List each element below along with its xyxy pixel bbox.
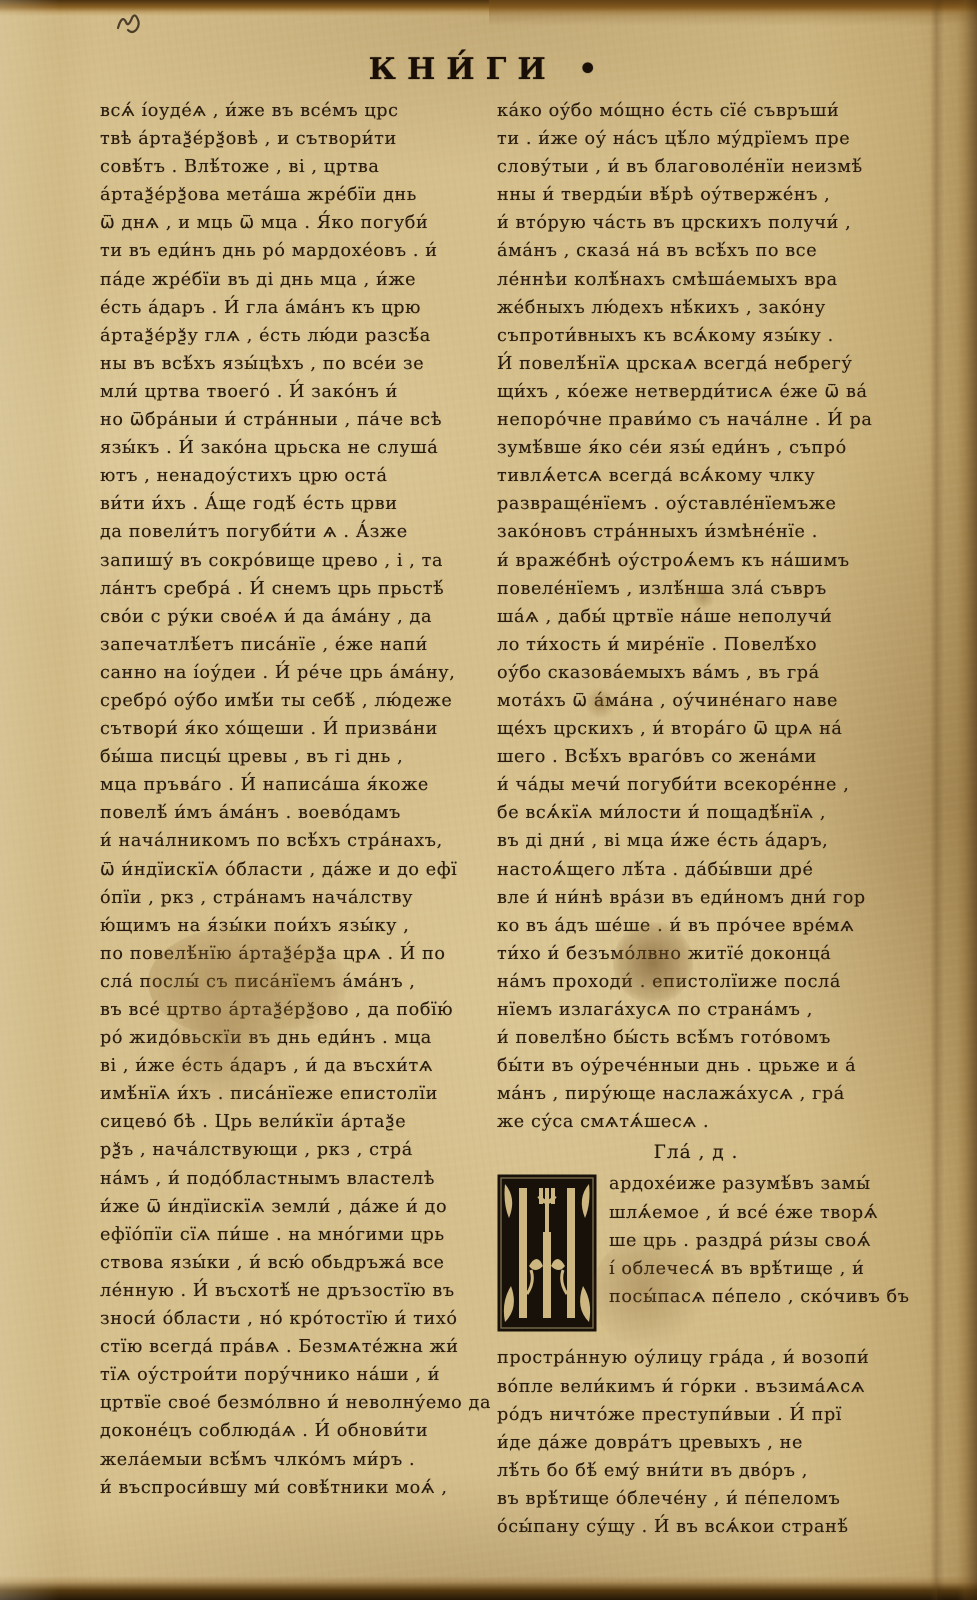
text-line: зноси́ о́бласти , но́ кро́тостїю и́ тихо… (100, 1305, 498, 1333)
text-line: ютъ , ненадоу́стихъ црю оста́ (100, 462, 498, 490)
text-line: рѯъ , нача́лствующи , ркз , стра́ (100, 1136, 498, 1164)
text-line: ю́щимъ на я́зы́ки пои́хъ язы́ку , (100, 912, 498, 940)
text-line: и́ въспроси́вшу ми́ совѣ́тники моѧ́ , (100, 1474, 498, 1502)
right-column: ка́ко оу́бо мо́щно е́сть сїе́ съвръши́ти… (497, 97, 895, 1541)
text-line: шего . Всѣ́хъ враго́въ со жена́ми (497, 743, 895, 771)
text-line: ти въ еди́нъ днь ро́ мардохе́овъ . и́ (100, 237, 498, 265)
text-line: въ врѣ́тище о́блече́ну , и́ пе́пеломъ (497, 1485, 895, 1513)
text-line: ле́нную . И́ въсхотѣ́ не дръзостїю въ (100, 1277, 498, 1305)
text-line: настоѧ́щего лѣ́та . да́бы́вши дре́ (497, 856, 895, 884)
page-crease (930, 0, 944, 1600)
text-line: развраще́нїемъ . оу́ставле́нїемъже (497, 490, 895, 518)
text-line: повеле́нїемъ , излѣ́нша зла́ съвръ (497, 575, 895, 603)
text-line: ардохе́иже разумѣ́въ замы́ (609, 1170, 895, 1198)
text-line: да повели́тъ погуби́ти ѧ . А́зже (100, 518, 498, 546)
text-line: простра́нную оу́лицу гра́да , и́ возопи́ (497, 1344, 895, 1372)
chapter-3-end: ка́ко оу́бо мо́щно е́сть сїе́ съвръши́ти… (497, 97, 895, 1136)
text-line: ка́ко оу́бо мо́щно е́сть сїе́ съвръши́ (497, 97, 895, 125)
text-line: бы́ша писцы́ цревы , въ гі днь , (100, 743, 498, 771)
text-line: повелѣ́ и́мъ а́ма́нъ . воево́дамъ (100, 799, 498, 827)
text-line: и́ враже́бнѣ оу́строѧ́емъ къ на́шимъ (497, 547, 895, 575)
text-line: ны въ всѣ́хъ язы́цѣхъ , по все́и зе (100, 350, 498, 378)
text-line: а́ртаѯе́рѯу глѧ , е́сть лю́ди разсѣ́а (100, 322, 498, 350)
text-line: и́ нача́лникомъ по всѣ́хъ стра́нахъ, (100, 827, 498, 855)
text-line: сътвори́ я́ко хо́щеши . И́ призва́ни (100, 715, 498, 743)
text-line: же су́са смѧтѧ́шесѧ . (497, 1108, 895, 1136)
text-line: тивлѧ́етсѧ всегда́ всѧ́кому члку (497, 462, 895, 490)
text-line: доконе́цъ соблюда́ѧ . И́ обнови́ти (100, 1417, 498, 1445)
text-line: нны и́ тверды́и вѣ́рѣ оу́тверже́нъ , (497, 181, 895, 209)
chapter-4-continuation: простра́нную оу́лицу гра́да , и́ возопи́… (497, 1344, 895, 1541)
text-line: сво́и с ру́ки свое́ѧ и́ да а́ма́ну , да (100, 603, 498, 631)
text-line: жела́емыи всѣ́мъ члко́мъ ми́ръ . (100, 1446, 498, 1474)
chapter-4-opening: ардохе́иже разумѣ́въ замы́шлѧ́емое , и́ … (497, 1170, 895, 1332)
text-line: ві , и́же е́сть а́даръ , и́ да въсхи́тѧ (100, 1052, 498, 1080)
text-line: санно на і́оу́деи . И́ ре́че црь а́ма́ну… (100, 659, 498, 687)
text-line: непоро́чне прави́мо съ нача́лне . И́ ра (497, 406, 895, 434)
running-title: КНИ́ГИ • (0, 52, 977, 87)
text-line: ствова язы́ки , и́ всю́ обьдръжа́ все (100, 1249, 498, 1277)
text-line: ви́ти и́хъ . А́ще годѣ́ е́сть црви (100, 490, 498, 518)
text-line: по повелѣ́нїю а́ртаѯе́рѯа црѧ . И́ по (100, 940, 498, 968)
text-line: И́ повелѣ́нїѧ црскаѧ всегда́ небрегу́ (497, 350, 895, 378)
text-line: въ ді дни́ , ві мца и́же е́сть а́даръ, (497, 827, 895, 855)
woodcut-initial-M (497, 1174, 597, 1332)
text-line: о́пїи , ркз , стра́намъ нача́лству (100, 884, 498, 912)
text-line: съпроти́вныхъ къ всѧ́кому язы́ку . (497, 322, 895, 350)
text-line: нїемъ излага́хусѧ по страна́мъ , (497, 996, 895, 1024)
text-line: слову́тыи , и́ въ благоволе́нїи неизмѣ́ (497, 153, 895, 181)
text-line: ко въ а́дъ ше́ше . и́ въ про́чее вре́мѧ (497, 912, 895, 940)
text-line: и́ повелѣ́но бы́сть всѣ́мъ гото́вомъ (497, 1024, 895, 1052)
text-line: ефїо́пїи сїѧ пи́ше . на мно́гими црь (100, 1221, 498, 1249)
text-line: сицево́ бѣ . Црь вели́кїи а́ртаѯе (100, 1108, 498, 1136)
text-line: вле и́ ни́нѣ вра́зи въ еди́номъ дни́ гор (497, 884, 895, 912)
text-line: ше црь . раздра́ ри́зы своѧ́ (609, 1227, 895, 1255)
text-line: запечатлѣ́етъ писа́нїе , е́же напи́ (100, 631, 498, 659)
page-left-edge (0, 0, 60, 1600)
text-line: мота́хъ ѿ а́ма́на , оу́чине́наго наве (497, 687, 895, 715)
left-column: всѧ́ і́оуде́ѧ , и́же въ все́мъ црствѣ а́… (100, 97, 498, 1502)
text-line: зумѣ́вше я́ко се́и язы́ еди́нъ , съпро́ (497, 434, 895, 462)
chapter-heading: Гла́ , д . (497, 1136, 895, 1170)
page-right-edge (957, 0, 977, 1600)
text-line: посы́пасѧ пе́пело , ско́чивъ бъ (609, 1283, 895, 1311)
text-line: лѣ́ть бо бѣ́ ему́ вни́ти въ дво́ръ , (497, 1457, 895, 1485)
text-line: и́же ѿ и́ндїискїѧ земли́ , да́же и́ до (100, 1193, 498, 1221)
text-line: бы́ти въ оу́рече́нныи днь . црьже и а́ (497, 1052, 895, 1080)
book-page: КНИ́ГИ • всѧ́ і́оуде́ѧ , и́же въ все́мъ … (0, 0, 977, 1600)
text-line: и́де да́же довра́тъ цревыхъ , не (497, 1429, 895, 1457)
text-line: ще́хъ црскихъ , и́ втора́го ѿ црѧ на́ (497, 715, 895, 743)
text-line: и́ ча́ды мечи́ погуби́ти всекоре́нне , (497, 771, 895, 799)
text-line: стїю всегда́ пра́вѧ . Безмѧте́жна жи́ (100, 1333, 498, 1361)
text-line: е́сть а́даръ . И́ гла а́ма́нъ къ црю (100, 294, 498, 322)
text-line: ма́нъ , пиру́юще наслажа́хусѧ , гра́ (497, 1080, 895, 1108)
text-line: цртвїе свое́ безмо́лвно и́ неволну́емо д… (100, 1389, 498, 1417)
text-line: ѿ и́ндїискїѧ о́бласти , да́же и до ефї (100, 856, 498, 884)
text-line: имѣ́нїѧ и́хъ . писа́нїеже епистолїи (100, 1080, 498, 1108)
text-line: ро́дъ ничто́же преступи́выи . И́ прї (497, 1401, 895, 1429)
text-line: а́ма́нъ , сказа́ на́ въ всѣ́хъ по все (497, 237, 895, 265)
text-line: совѣ́тъ . Влѣ́тоже , ві , цртва (100, 153, 498, 181)
text-line: сребро́ оу́бо имѣ́и ты себѣ́ , лю́деже (100, 687, 498, 715)
text-line: ле́ннѣи колѣ́нахъ смѣша́емыхъ вра (497, 266, 895, 294)
text-line: шлѧ́емое , и́ все́ е́же творѧ́ (609, 1199, 895, 1227)
text-line: оу́бо сказова́емыхъ ва́мъ , въ гра́ (497, 659, 895, 687)
ink-mark (112, 8, 148, 38)
text-line: щи́хъ , ко́еже нетверди́тисѧ е́же ѿ ва́ (497, 378, 895, 406)
text-line: тїѧ оу́строи́ти пору́чнико на́ши , и́ (100, 1361, 498, 1389)
text-line: и́ вто́рую ча́сть въ црскихъ получи́ , (497, 209, 895, 237)
text-line: во́пле вели́кимъ и́ го́рки . възима́ѧсѧ (497, 1373, 895, 1401)
text-line: ти́хо и́ безъмо́лвно житїе́ доконца́ (497, 940, 895, 968)
page-bottom-edge (0, 1576, 977, 1600)
text-line: ро́ жидо́вьскїи въ днь еди́нъ . мца (100, 1024, 498, 1052)
text-line: твѣ а́ртаѯе́рѯовѣ , и сътвори́ти (100, 125, 498, 153)
text-line: же́бныхъ лю́дехъ нѣ́кихъ , зако́ну (497, 294, 895, 322)
text-line: но ѿбра́ныи и́ стра́нныи , па́че всѣ (100, 406, 498, 434)
text-line: запишу́ въ сокро́вище црево , і , та (100, 547, 498, 575)
text-line: бе всѧ́кїѧ ми́лости и́ пощадѣ́нїѧ , (497, 799, 895, 827)
text-line: мца пръва́го . И́ написа́ша я́коже (100, 771, 498, 799)
text-line: на́мъ проходи́ . епистолїиже посла́ (497, 968, 895, 996)
text-line: і́ облечесѧ́ въ врѣ́тище , и́ (609, 1255, 895, 1283)
text-line: о́сы́пану су́щу . И́ въ всѧ́кои странѣ́ (497, 1513, 895, 1541)
page-top-edge-shadow (489, 0, 977, 26)
initial-adjacent-text: ардохе́иже разумѣ́въ замы́шлѧ́емое , и́ … (609, 1170, 895, 1310)
text-line: ѿ днѧ , и мць ѿ мца . Я́ко погуби́ (100, 209, 498, 237)
text-line: ти . и́же оу́ на́съ цѣ́ло му́дрїемъ пре (497, 125, 895, 153)
text-line: а́ртаѯе́рѯова мета́ша жре́бїи днь (100, 181, 498, 209)
text-line: всѧ́ і́оуде́ѧ , и́же въ все́мъ црс (100, 97, 498, 125)
text-line: ла́нтъ сребра́ . И́ снемъ црь прьстѣ́ (100, 575, 498, 603)
text-line: ша́ѧ , дабы́ цртвїе на́ше неполучи́ (497, 603, 895, 631)
text-line: на́мъ , и́ подо́бластнымъ властелѣ (100, 1165, 498, 1193)
text-line: сла́ послы́ съ писа́нїемъ а́ма́нъ , (100, 968, 498, 996)
text-line: ло ти́хость и́ мире́нїе . Повелѣ́хо (497, 631, 895, 659)
text-line: мли́ цртва твоего́ . И́ зако́нъ и́ (100, 378, 498, 406)
text-line: па́де жре́бїи въ ді днь мца , и́же (100, 266, 498, 294)
text-line: язы́къ . И́ зако́на црьска не слуша́ (100, 434, 498, 462)
text-line: въ все́ цртво а́ртаѯе́рѯово , да побїю́ (100, 996, 498, 1024)
text-line: зако́новъ стра́нныхъ и́змѣне́нїе . (497, 518, 895, 546)
